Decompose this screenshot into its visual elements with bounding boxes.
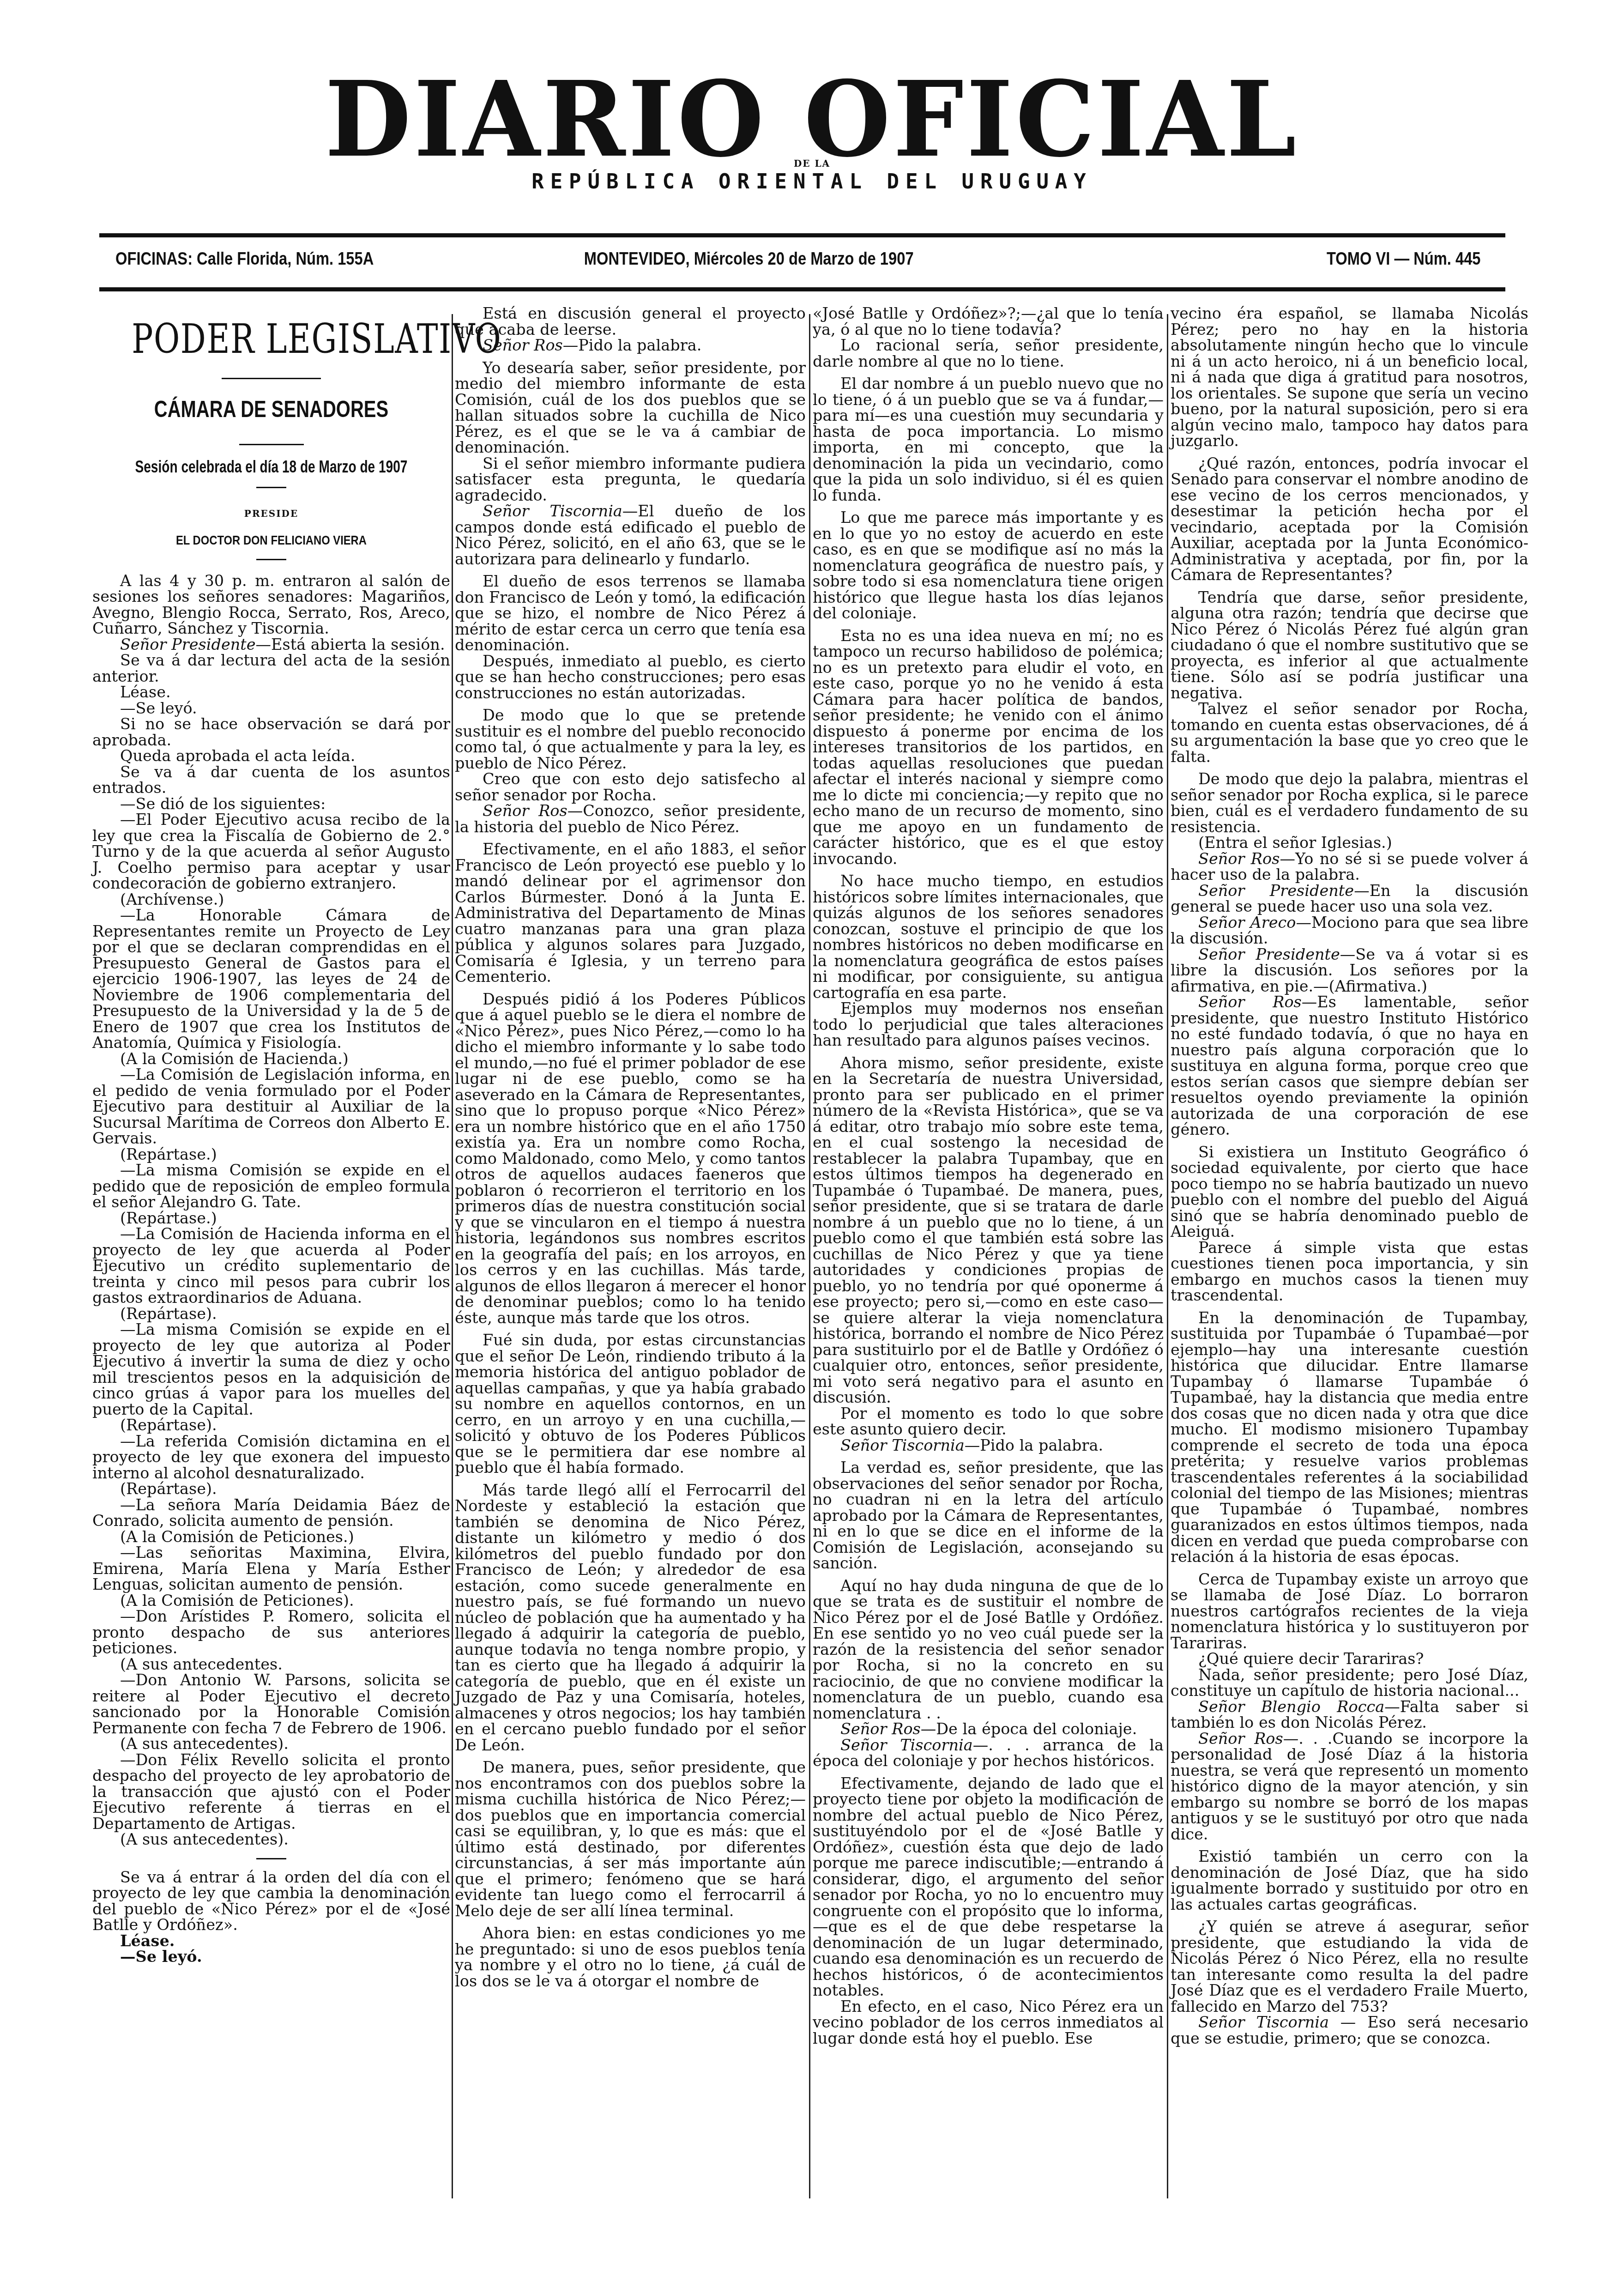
paragraph: En efecto, en el caso, Nico Pérez era un… — [813, 1999, 1164, 2047]
column-4-body: vecino éra español, se llamaba Nicolás P… — [1171, 306, 1528, 2046]
paragraph: El dar nombre á un pueblo nuevo que no l… — [813, 376, 1164, 503]
paragraph: —La señora María Deidamia Báez de Conrad… — [92, 1497, 450, 1529]
info-bar: OFICINAS: Calle Florida, Núm. 155A MONTE… — [115, 249, 1303, 277]
speaker-name: Señor Presidente — [120, 636, 256, 654]
paragraph: Señor Ros—De la época del coloniaje. — [813, 1721, 1164, 1737]
column-3-body: «José Batlle y Ordóñez»?;—¿al que lo ten… — [813, 306, 1164, 2046]
paragraph: Si no se hace observación se dará por ap… — [92, 716, 450, 748]
paragraph: Se va á dar cuenta de los asuntos entrad… — [92, 764, 450, 796]
paragraph: Yo desearía saber, señor presidente, por… — [455, 360, 806, 456]
paragraph: De manera, pues, señor presidente, que n… — [455, 1760, 806, 1919]
paragraph: Talvez el señor senador por Rocha, toman… — [1171, 701, 1528, 765]
paragraph: Señor Tiscornia—Pido la palabra. — [813, 1438, 1164, 1454]
paragraph: Efectivamente, dejando de lado que el pr… — [813, 1776, 1164, 1999]
divider — [222, 378, 321, 379]
paragraph: (A la Comisión de Hacienda.) — [92, 1051, 450, 1067]
paragraph: No hace mucho tiempo, en estudios histór… — [813, 873, 1164, 1001]
paragraph: —El Poder Ejecutivo acusa recibo de la l… — [92, 812, 450, 892]
paragraph: Más tarde llegó allí el Ferrocarril del … — [455, 1483, 806, 1754]
paragraph: Esta no es una idea nueva en mí; no es t… — [813, 628, 1164, 867]
paragraph: Fué sin duda, por estas circunstancias q… — [455, 1332, 806, 1476]
column-3: «José Batlle y Ordóñez»?;—¿al que lo ten… — [813, 300, 1164, 2199]
paragraph: Efectivamente, en el año 1883, el señor … — [455, 841, 806, 985]
paragraph: (A sus antecedentes). — [92, 1736, 450, 1752]
column-1: PODER LEGISLATIVO CÁMARA DE SENADORES Se… — [92, 300, 450, 2194]
paragraph: Ahora mismo, señor presidente, existe en… — [813, 1055, 1164, 1406]
paragraph: —La referida Comisión dictamina en el pr… — [92, 1434, 450, 1482]
paragraph: —La Comisión de Legislación informa, en … — [92, 1067, 450, 1147]
paragraph: A las 4 y 30 p. m. entraron al salón de … — [92, 573, 450, 637]
speaker-name: Señor Areco — [1198, 914, 1296, 932]
paragraph: Señor Ros—Es lamentable, señor president… — [1171, 994, 1528, 1138]
speaker-name: Señor Presidente — [1198, 945, 1340, 963]
speaker-name: Señor Tiscornia — [840, 1736, 973, 1754]
paragraph: —Don Antonio W. Parsons, solicita se rei… — [92, 1672, 450, 1736]
paragraph: (A sus antecedentes). — [92, 1832, 450, 1848]
paragraph: (Repártase.) — [92, 1211, 450, 1227]
paragraph: (Repártase). — [92, 1481, 450, 1497]
speaker-name: Señor Ros — [840, 1720, 921, 1738]
column-4: vecino éra español, se llamaba Nicolás P… — [1171, 300, 1528, 2199]
paragraph: ¿Qué quiere decir Tarariras? — [1171, 1651, 1528, 1667]
paragraph: Se va á entrar á la orden del día con el… — [92, 1870, 450, 1933]
paragraph: De modo que dejo la palabra, mientras el… — [1171, 771, 1528, 835]
paragraph: Existió también un cerro con la denomina… — [1171, 1849, 1528, 1913]
paragraph: Señor Areco—Mociono para que sea libre l… — [1171, 915, 1528, 947]
paragraph: —La Honorable Cámara de Representantes r… — [92, 908, 450, 1051]
paragraph: Léase. — [92, 1933, 450, 1949]
newspaper-subtitle: REPÚBLICA ORIENTAL DEL URUGUAY — [0, 170, 1624, 194]
paragraph: Señor Ros—. . .Cuando se incorpore la pe… — [1171, 1731, 1528, 1843]
title-connector: DE LA — [0, 158, 1624, 169]
paragraph: (Repártase.) — [92, 1147, 450, 1163]
presiding-officer: EL DOCTOR DON FELICIANO VIERA — [119, 533, 423, 549]
divider — [256, 487, 286, 488]
issue-number: TOMO VI — Núm. 445 — [1327, 249, 1481, 269]
paragraph: Creo que con esto dejo satisfecho al señ… — [455, 771, 806, 803]
speaker-name: Señor Tiscornia — [840, 1436, 965, 1454]
paragraph: —La misma Comisión se expide en el proye… — [92, 1322, 450, 1417]
paragraph: Parece á simple vista que estas cuestion… — [1171, 1240, 1528, 1304]
paragraph: Señor Ros—Conozco, señor presidente, la … — [455, 803, 806, 835]
paragraph: ¿Y quién se atreve á asegurar, señor pre… — [1171, 1919, 1528, 2015]
paragraph: Queda aprobada el acta leída. — [92, 748, 450, 764]
paragraph: Después pidió á los Poderes Públicos que… — [455, 992, 806, 1326]
paragraph: En la denominación de Tupambay, sustitui… — [1171, 1310, 1528, 1565]
section-title: PODER LEGISLATIVO — [132, 319, 411, 359]
paragraph: «José Batlle y Ordóñez»?;—¿al que lo ten… — [813, 306, 1164, 338]
paragraph: —Don Arístides P. Romero, solicita el pr… — [92, 1609, 450, 1657]
speaker-name: Señor Blengio Rocca — [1198, 1698, 1384, 1716]
column-2: Está en discusión general el proyecto qu… — [455, 300, 806, 2199]
masthead-rule-bottom — [99, 287, 1505, 291]
paragraph: Léase. — [92, 684, 450, 701]
offices-address: OFICINAS: Calle Florida, Núm. 155A — [115, 249, 374, 269]
paragraph: Cerca de Tupambay existe un arroyo que s… — [1171, 1572, 1528, 1652]
paragraph: De modo que lo que se pretende sustituir… — [455, 708, 806, 771]
paragraph: La verdad es, señor presidente, que las … — [813, 1460, 1164, 1572]
speaker-name: Señor Ros — [483, 336, 563, 354]
paragraph: (A la Comisión de Peticiones.) — [92, 1529, 450, 1545]
paragraph: Señor Ros—Pido la palabra. — [455, 338, 806, 354]
paragraph: Señor Presidente—En la discusión general… — [1171, 883, 1528, 915]
paragraph: Está en discusión general el proyecto qu… — [455, 306, 806, 338]
paragraph: Ahora bien: en estas condiciones yo me h… — [455, 1925, 806, 1989]
column-2-body: Está en discusión general el proyecto qu… — [455, 306, 806, 1989]
paragraph: ¿Qué razón, entonces, podría invocar el … — [1171, 456, 1528, 583]
paragraph: (Entra el señor Iglesias.) — [1171, 835, 1528, 851]
chamber-heading: CÁMARA DE SENADORES — [128, 398, 415, 421]
speaker-name: Señor Ros — [1198, 1730, 1283, 1748]
paragraph: —Se leyó. — [92, 1949, 450, 1965]
newspaper-title: DIARIO OFICIAL — [0, 67, 1624, 171]
paragraph: Señor Ros—Yo no sé si se puede volver á … — [1171, 851, 1528, 883]
paragraph: (Repártase). — [92, 1417, 450, 1434]
paragraph: vecino éra español, se llamaba Nicolás P… — [1171, 306, 1528, 449]
paragraph: —La Comisión de Hacienda informa en el p… — [92, 1226, 450, 1306]
paragraph: Se va á dar lectura del acta de la sesió… — [92, 653, 450, 684]
paragraph: Señor Tiscornia—. . . arranca de la époc… — [813, 1737, 1164, 1769]
paragraph: —La misma Comisión se expide en el pedid… — [92, 1162, 450, 1211]
paragraph: (Repártase). — [92, 1306, 450, 1322]
paragraph: Tendría que darse, señor presidente, alg… — [1171, 590, 1528, 702]
paragraph: (Archívense.) — [92, 892, 450, 908]
speaker-name: Señor Tiscornia — [483, 502, 622, 520]
paragraph: Si el señor miembro informante pudiera s… — [455, 456, 806, 504]
paragraph: Señor Blengio Rocca—Falta saber si tambi… — [1171, 1699, 1528, 1731]
speaker-name: Señor Tiscornia — [1198, 2013, 1329, 2031]
order-of-day: Se va á entrar á la orden del día con el… — [92, 1870, 450, 1965]
preside-label: PRESIDE — [92, 506, 450, 522]
paragraph: Señor Presidente—Se va á votar si es lib… — [1171, 947, 1528, 995]
column-divider — [452, 314, 453, 2198]
divider — [239, 444, 304, 445]
paragraph: Señor Tiscornia—El dueño de los campos d… — [455, 503, 806, 567]
divider — [256, 1858, 286, 1859]
masthead: DIARIO OFICIAL DE LA REPÚBLICA ORIENTAL … — [0, 0, 1624, 296]
session-date: Sesión celebrada el día 18 de Marzo de 1… — [132, 459, 411, 475]
speaker-name: Señor Presidente — [1198, 882, 1354, 900]
paragraph: —Se leyó. — [92, 701, 450, 717]
paragraph: Lo que me parece más importante y es en … — [813, 510, 1164, 622]
paragraph: —Se dió de los siguientes: — [92, 796, 450, 812]
paragraph: —Don Félix Revello solicita el pronto de… — [92, 1752, 450, 1832]
article-columns: PODER LEGISLATIVO CÁMARA DE SENADORES Se… — [92, 300, 1524, 2194]
paragraph: (A la Comisión de Peticiones). — [92, 1593, 450, 1609]
divider — [256, 559, 286, 560]
paragraph: —Las señoritas Maximina, Elvira, Emirena… — [92, 1545, 450, 1593]
paragraph: Ejemplos muy modernos nos enseñan todo l… — [813, 1001, 1164, 1049]
paragraph: Aquí no hay duda ninguna de que de lo qu… — [813, 1578, 1164, 1722]
column-divider — [1167, 314, 1168, 2198]
paragraph: Si existiera un Instituto Geográfico ó s… — [1171, 1144, 1528, 1240]
paragraph: Después, inmediato al pueblo, es cierto … — [455, 654, 806, 702]
masthead-rule-top — [99, 233, 1505, 237]
paragraph: Por el momento es todo lo que sobre este… — [813, 1406, 1164, 1438]
column-1-body: A las 4 y 30 p. m. entraron al salón de … — [92, 573, 450, 1848]
paragraph: Lo racional sería, señor presidente, dar… — [813, 338, 1164, 369]
column-divider — [809, 314, 810, 2198]
paragraph: Nada, señor presidente; pero José Díaz, … — [1171, 1667, 1528, 1699]
paragraph: El dueño de esos terrenos se llamaba don… — [455, 574, 806, 654]
paragraph: Señor Presidente—Está abierta la sesión. — [92, 637, 450, 653]
paragraph: Señor Tiscornia — Eso será necesario que… — [1171, 2015, 1528, 2046]
dateline: MONTEVIDEO, Miércoles 20 de Marzo de 190… — [584, 249, 914, 269]
paragraph: (A sus antecedentes. — [92, 1657, 450, 1673]
speaker-name: Señor Ros — [483, 802, 567, 820]
speaker-name: Señor Ros — [1198, 993, 1302, 1011]
speaker-name: Señor Ros — [1198, 850, 1280, 868]
